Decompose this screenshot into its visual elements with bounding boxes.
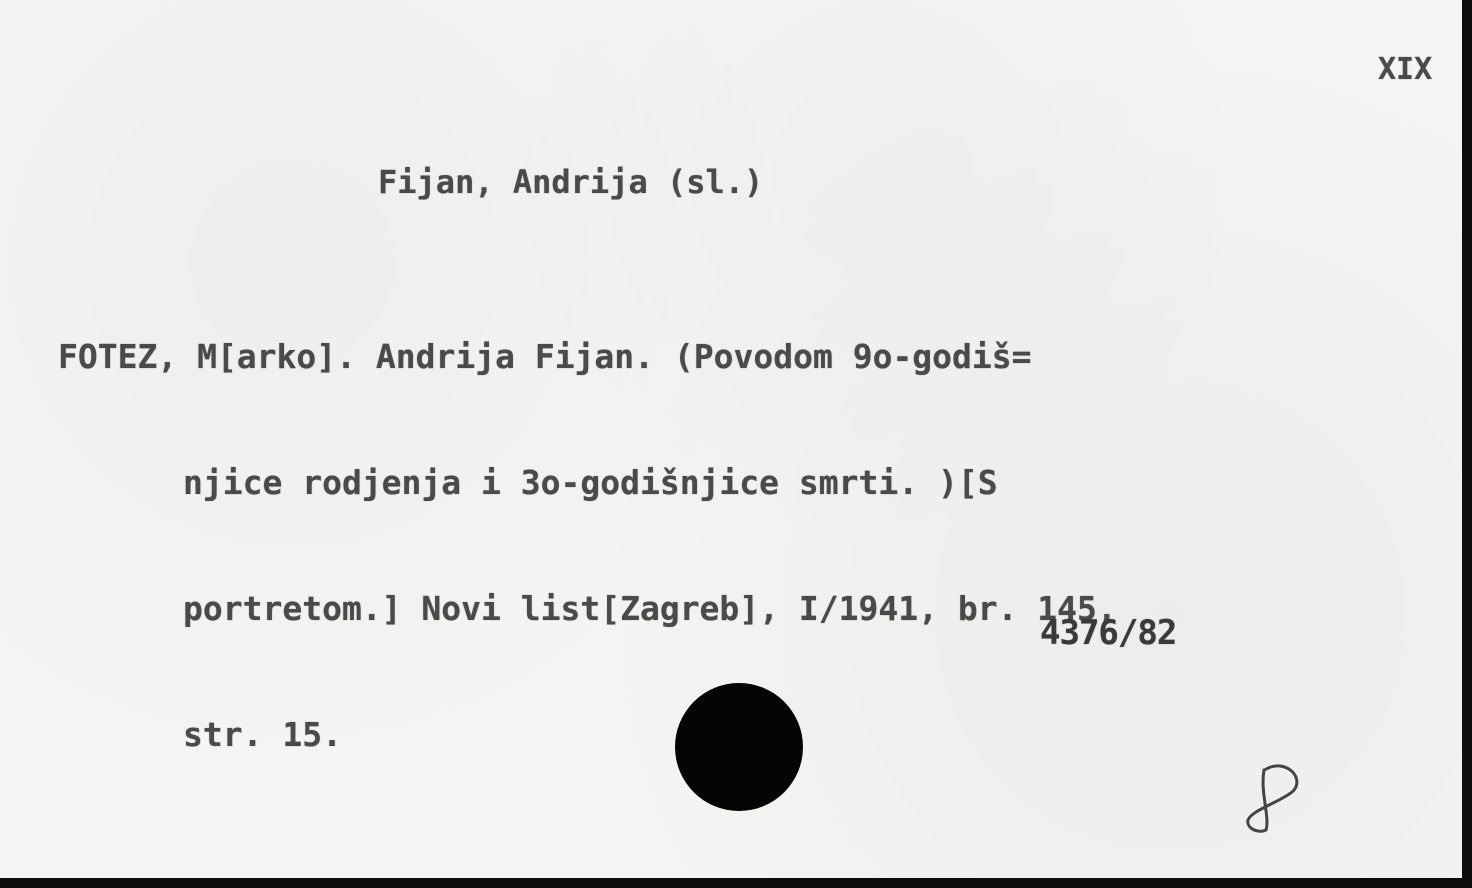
filing-hole [675,683,803,811]
page-number: XIX [1378,52,1432,87]
scan-edge-bottom [0,878,1472,888]
entry-line-4: str. 15. [58,714,1117,756]
entry-line-1: FOTEZ, M[arko]. Andrija Fijan. (Povodom … [58,336,1117,378]
scan-edge-right [1462,0,1472,888]
bibliographic-entry: FOTEZ, M[arko]. Andrija Fijan. (Povodom … [58,252,1117,840]
accession-number: 4376/82 [1040,613,1176,653]
entry-line-3: portretom.] Novi list[Zagreb], I/1941, b… [58,588,1117,630]
catalog-card: XIX Fijan, Andrija (sl.) FOTEZ, M[arko].… [0,0,1462,878]
entry-line-2: njice rodjenja i 3o-godišnjice smrti. )[… [58,462,1117,504]
handwritten-8-icon [1240,762,1310,842]
subject-heading: Fijan, Andrija (sl.) [378,163,763,201]
